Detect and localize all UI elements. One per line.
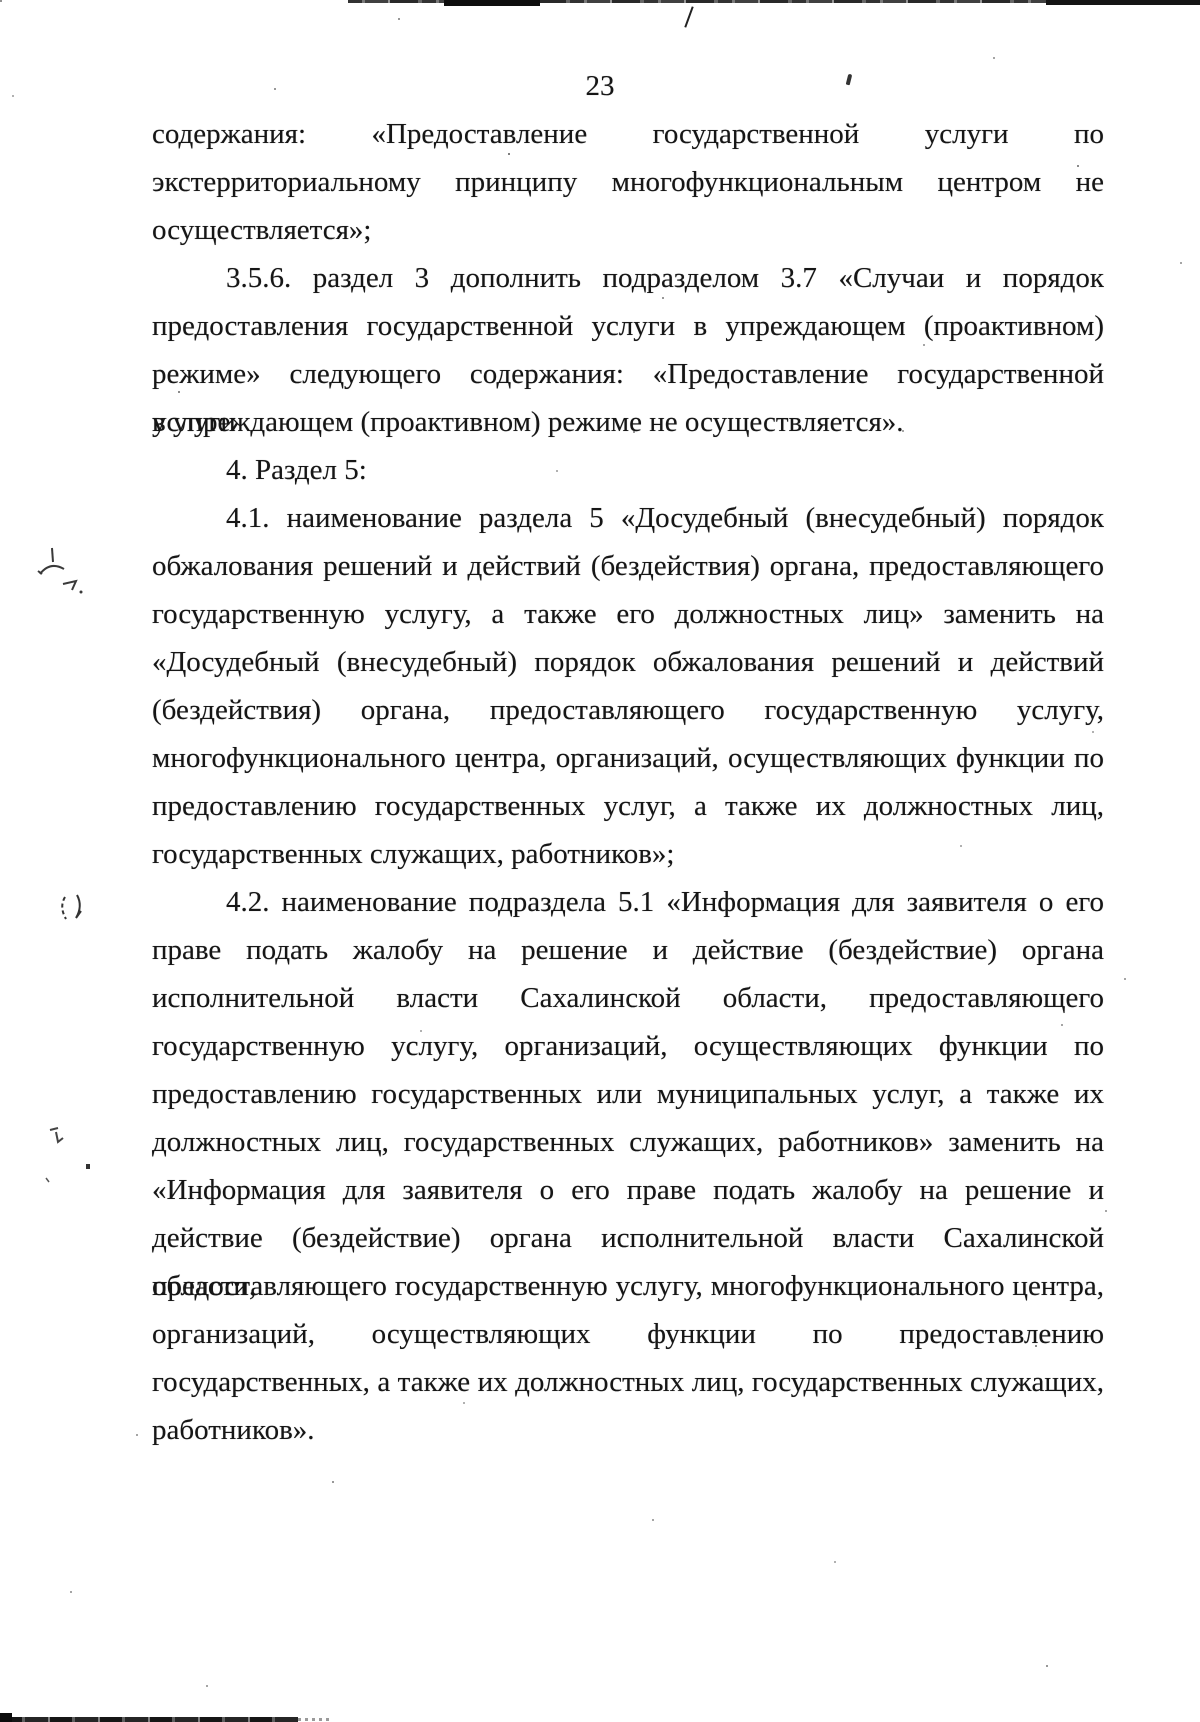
scan-artifact-bottom-edge (0, 1717, 298, 1722)
text-line: осуществляется»; (152, 206, 1104, 254)
text-line: работников». (152, 1406, 1104, 1454)
text-line: режиме» следующего содержания: «Предоста… (152, 350, 1104, 398)
text-line: многофункционального центра, организаций… (152, 734, 1104, 782)
text-line: государственных, а также их должностных … (152, 1358, 1104, 1406)
text-line: исполнительной власти Сахалинской област… (152, 974, 1104, 1022)
text-line: предоставлению государственных услуг, а … (152, 782, 1104, 830)
text-line: предоставляющего государственную услугу,… (152, 1262, 1104, 1310)
paragraph-4: 4.1. наименование раздела 5 «Досудебный … (152, 494, 1104, 878)
margin-scribble (42, 1120, 94, 1186)
scan-artifact-top-edge (444, 0, 540, 6)
text-line: государственных служащих, работников»; (152, 830, 1104, 878)
text-line: предоставлению государственных или муниц… (152, 1070, 1104, 1118)
scanned-document-page: 23 содержания: «Предоставление государст… (0, 0, 1200, 1722)
text-line: организаций, осуществляющих функции по п… (152, 1310, 1104, 1358)
text-line: обжалования решений и действий (бездейст… (152, 542, 1104, 590)
text-line: (бездействия) органа, предоставляющего г… (152, 686, 1104, 734)
text-line: 4.2. наименование подраздела 5.1 «Информ… (152, 878, 1104, 926)
text-line: государственную услугу, организаций, осу… (152, 1022, 1104, 1070)
text-line: содержания: «Предоставление государствен… (152, 110, 1104, 158)
scan-artifact-bottom-edge (0, 1713, 12, 1722)
text-line: должностных лиц, государственных служащи… (152, 1118, 1104, 1166)
text-line: 4.1. наименование раздела 5 «Досудебный … (152, 494, 1104, 542)
paragraph-3: 4. Раздел 5: (152, 446, 1104, 494)
paragraph-5: 4.2. наименование подраздела 5.1 «Информ… (152, 878, 1104, 1454)
text-line: государственную услугу, а также его долж… (152, 590, 1104, 638)
scan-artifact-top-edge (1046, 0, 1200, 5)
text-line: действие (бездействие) органа исполнител… (152, 1214, 1104, 1262)
text-line: «Информация для заявителя о его праве по… (152, 1166, 1104, 1214)
margin-scribble (36, 544, 84, 596)
text-line: экстерриториальному принципу многофункци… (152, 158, 1104, 206)
text-line: 3.5.6. раздел 3 дополнить подразделом 3.… (152, 254, 1104, 302)
text-line: в упреждающем (проактивном) режиме не ос… (152, 398, 1104, 446)
scan-artifact-bottom-edge (298, 1718, 332, 1721)
paragraph-1: содержания: «Предоставление государствен… (152, 110, 1104, 254)
page-number: 23 (0, 0, 1200, 110)
scan-noise-specks (0, 0, 2, 2)
text-line: предоставления государственной услуги в … (152, 302, 1104, 350)
document-body: содержания: «Предоставление государствен… (152, 110, 1104, 1454)
text-line: 4. Раздел 5: (152, 446, 1104, 494)
text-line: праве подать жалобу на решение и действи… (152, 926, 1104, 974)
text-line: «Досудебный (внесудебный) порядок обжало… (152, 638, 1104, 686)
margin-scribble (58, 893, 86, 925)
paragraph-2: 3.5.6. раздел 3 дополнить подразделом 3.… (152, 254, 1104, 446)
